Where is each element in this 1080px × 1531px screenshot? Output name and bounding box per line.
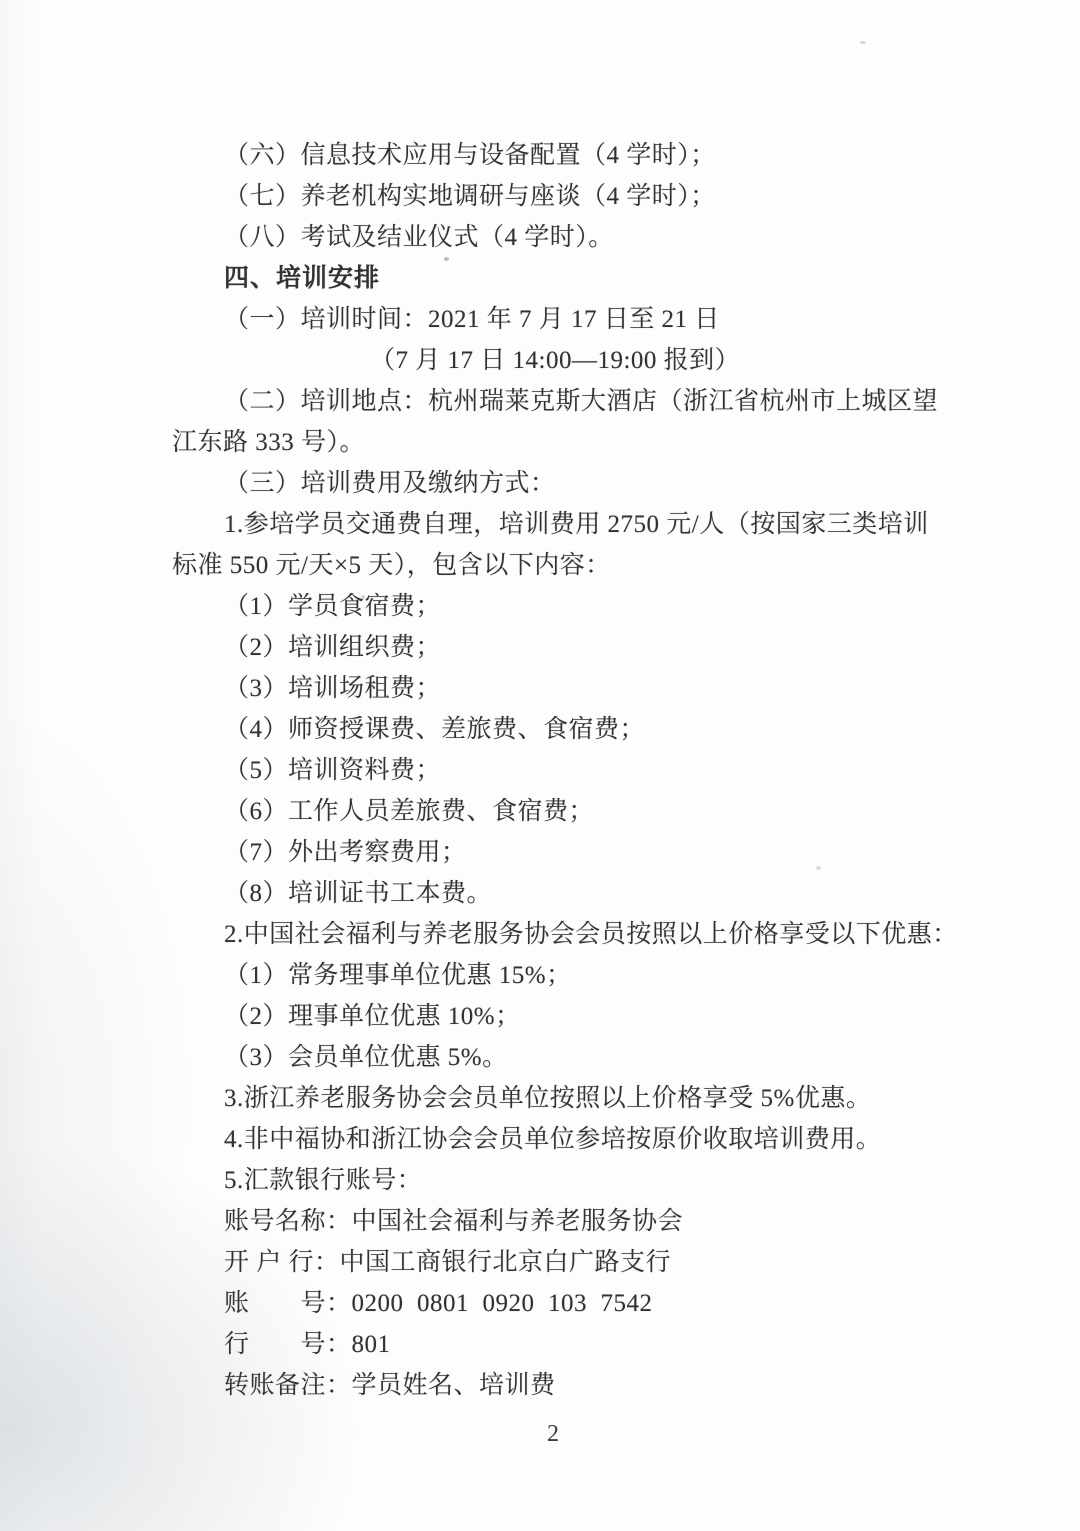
text-line: 2.中国社会福利与养老服务协会会员按照以上价格享受以下优惠： xyxy=(172,914,964,955)
text-line: （二）培训地点：杭州瑞莱克斯大酒店（浙江省杭州市上城区望 xyxy=(172,381,964,422)
text-line: （4）师资授课费、差旅费、食宿费； xyxy=(172,709,964,750)
text-line: （3）会员单位优惠 5%。 xyxy=(172,1037,964,1078)
text-line: （7 月 17 日 14:00—19:00 报到） xyxy=(172,340,964,381)
text-line: （2）培训组织费； xyxy=(172,627,964,668)
text-line: 转账备注：学员姓名、培训费 xyxy=(172,1365,964,1406)
text-line: （一）培训时间：2021 年 7 月 17 日至 21 日 xyxy=(172,299,964,340)
text-line: 3.浙江养老服务协会会员单位按照以上价格享受 5%优惠。 xyxy=(172,1078,964,1119)
text-line: （三）培训费用及缴纳方式： xyxy=(172,463,964,504)
page-number: 2 xyxy=(13,1419,1080,1449)
section-heading: 四、培训安排 xyxy=(172,258,964,299)
text-line: 标准 550 元/天×5 天），包含以下内容： xyxy=(172,545,964,586)
text-line: 江东路 333 号）。 xyxy=(172,422,964,463)
text-line: （1）常务理事单位优惠 15%； xyxy=(172,955,964,996)
text-line: （八）考试及结业仪式（4 学时）。 xyxy=(172,217,964,258)
text-line: （8）培训证书工本费。 xyxy=(172,873,964,914)
text-line: 开 户 行：中国工商银行北京白广路支行 xyxy=(172,1242,964,1283)
text-line: 账号名称：中国社会福利与养老服务协会 xyxy=(172,1201,964,1242)
text-line: （6）工作人员差旅费、食宿费； xyxy=(172,791,964,832)
document-text-block: （六）信息技术应用与设备配置（4 学时）；（七）养老机构实地调研与座谈（4 学时… xyxy=(172,135,964,1406)
text-line: 行 号：801 xyxy=(172,1324,964,1365)
text-line: 5.汇款银行账号： xyxy=(172,1160,964,1201)
text-line: 账 号：0200 0801 0920 103 7542 xyxy=(172,1283,964,1324)
text-line: （7）外出考察费用； xyxy=(172,832,964,873)
scan-speck xyxy=(860,41,866,44)
text-line: （六）信息技术应用与设备配置（4 学时）； xyxy=(172,135,964,176)
text-line: （5）培训资料费； xyxy=(172,750,964,791)
scanned-document-page: （六）信息技术应用与设备配置（4 学时）；（七）养老机构实地调研与座谈（4 学时… xyxy=(0,0,1080,1531)
text-line: 1.参培学员交通费自理，培训费用 2750 元/人（按国家三类培训 xyxy=(172,504,964,545)
text-line: （七）养老机构实地调研与座谈（4 学时）； xyxy=(172,176,964,217)
text-line: 4.非中福协和浙江协会会员单位参培按原价收取培训费用。 xyxy=(172,1119,964,1160)
text-line: （2）理事单位优惠 10%； xyxy=(172,996,964,1037)
text-line: （3）培训场租费； xyxy=(172,668,964,709)
text-line: （1）学员食宿费； xyxy=(172,586,964,627)
